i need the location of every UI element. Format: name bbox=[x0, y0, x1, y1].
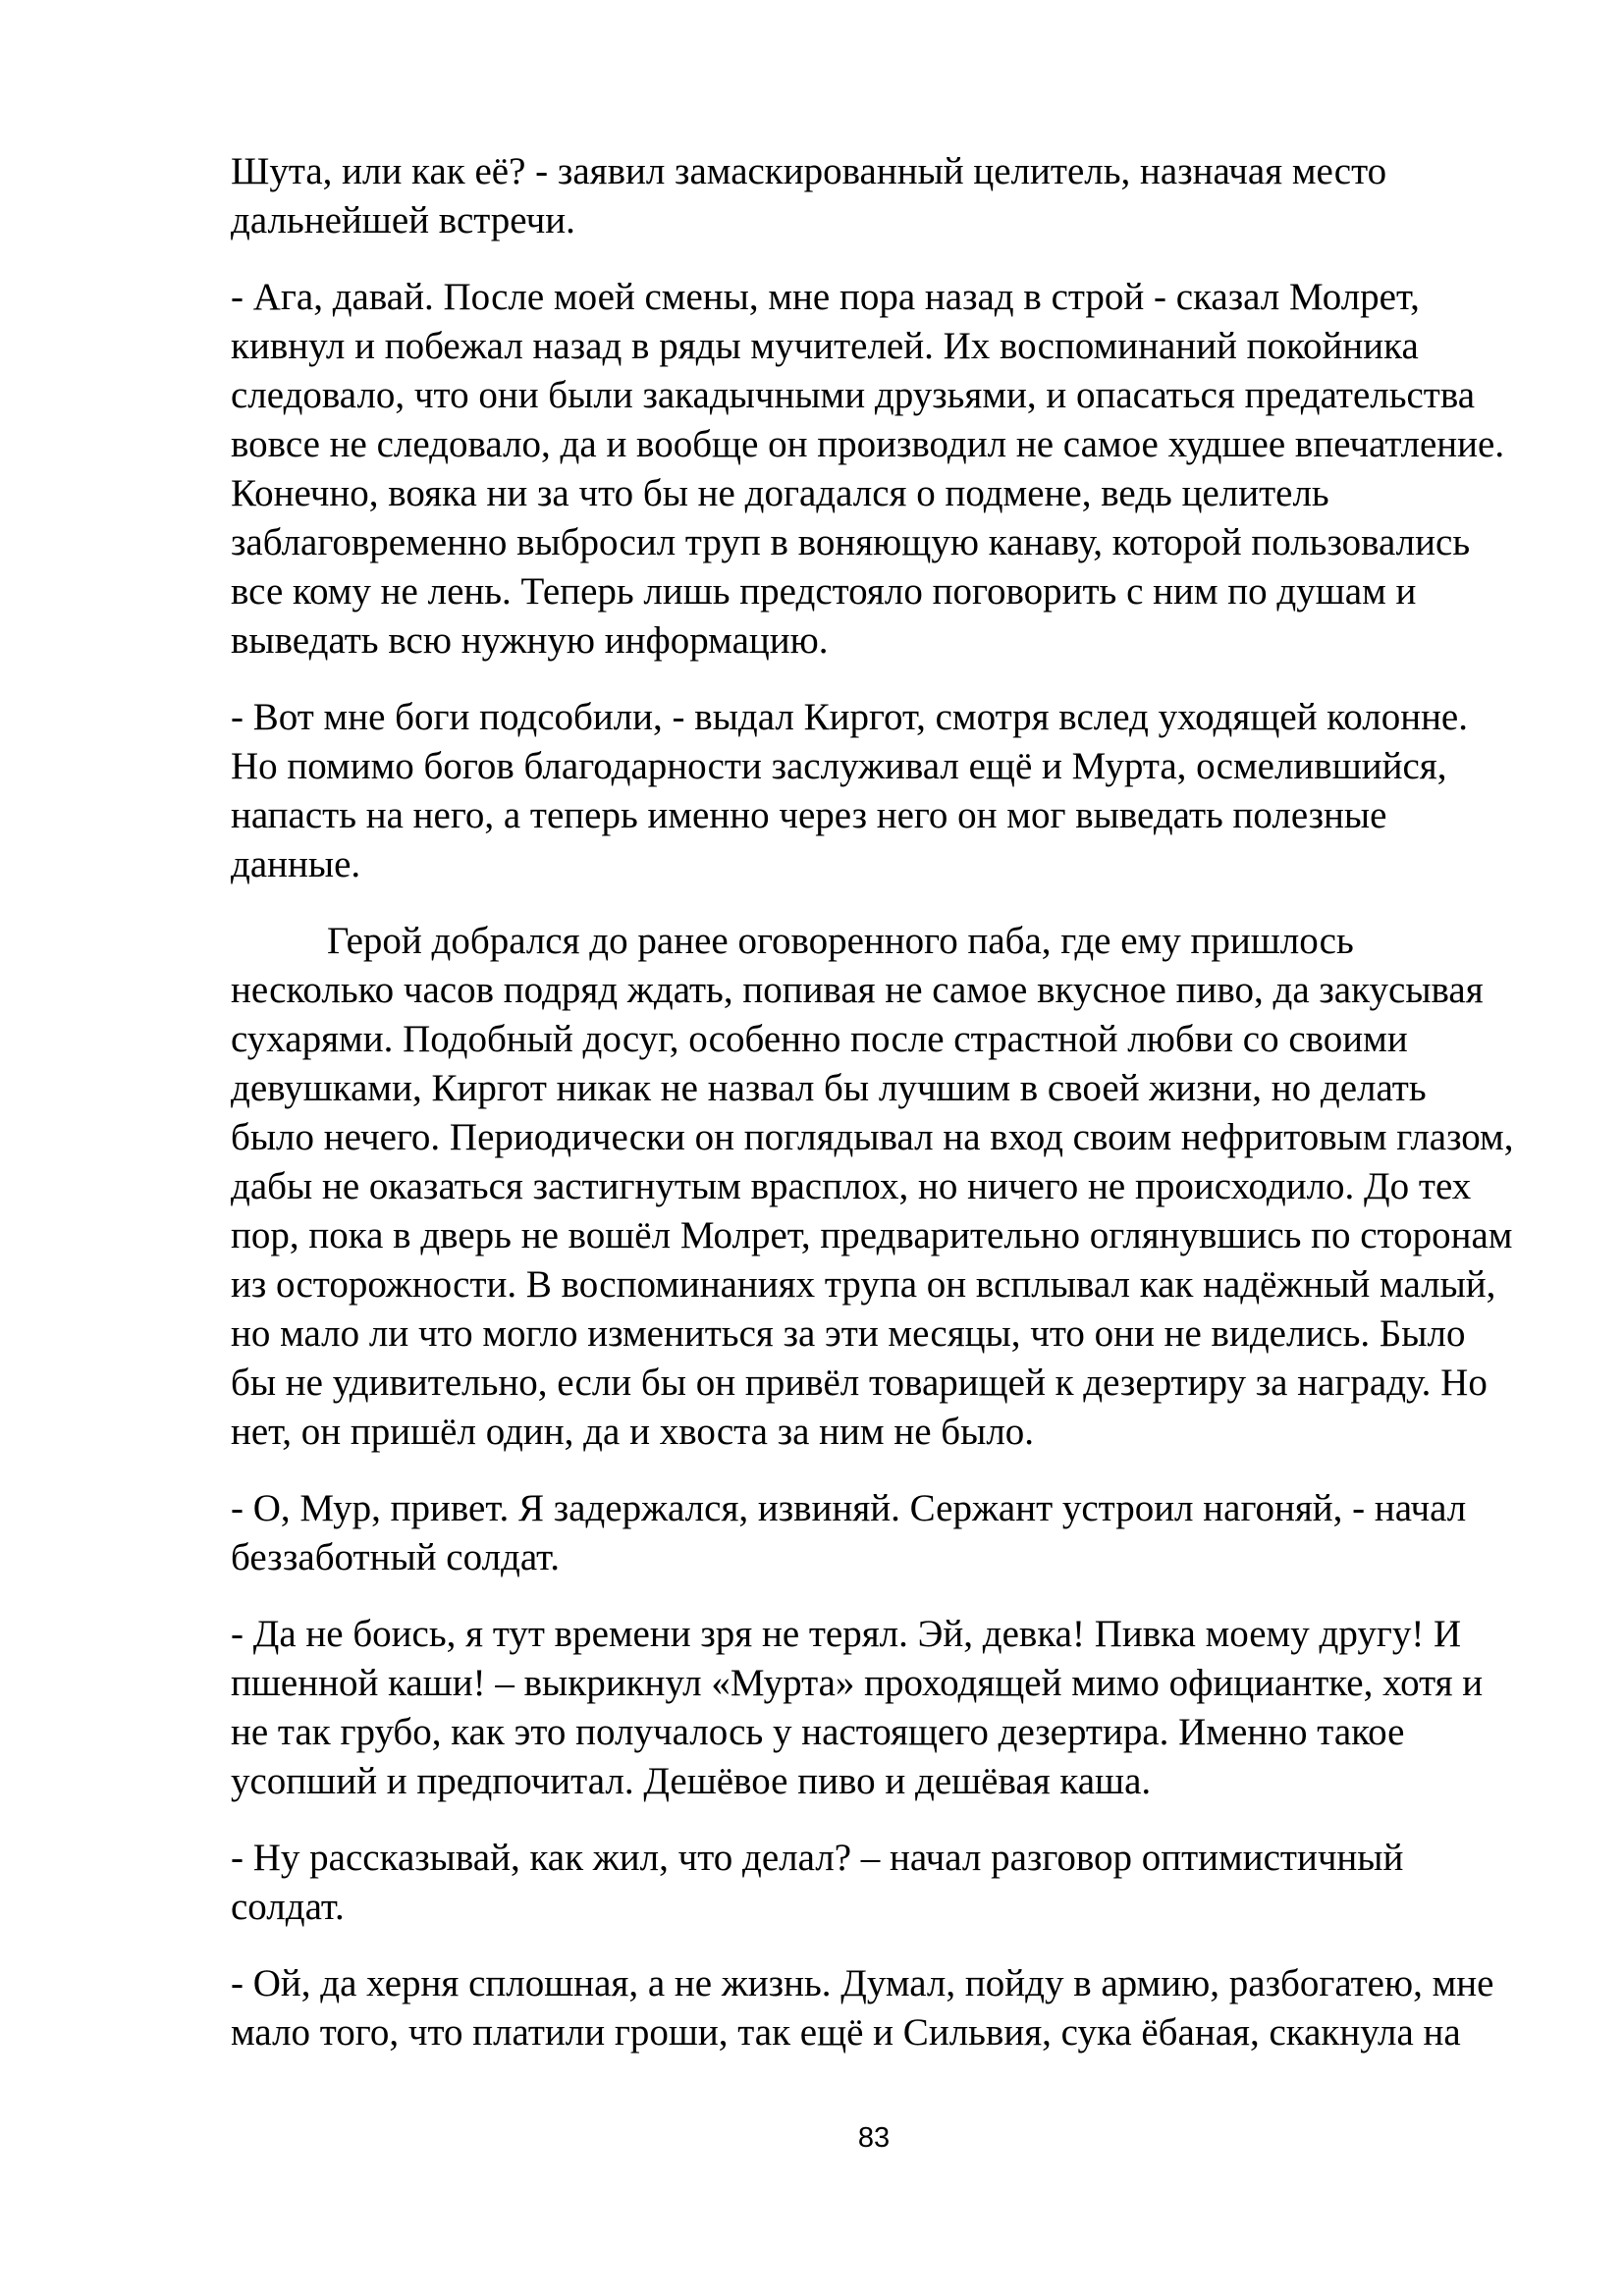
paragraph: Шута, или как её? - заявил замаскированн… bbox=[231, 147, 1517, 245]
paragraph: - Ну рассказывай, как жил, что делал? – … bbox=[231, 1834, 1517, 1932]
paragraph: - Вот мне боги подсобили, - выдал Киргот… bbox=[231, 693, 1517, 889]
document-page: Шута, или как её? - заявил замаскированн… bbox=[0, 0, 1624, 2296]
paragraph: - Да не боись, я тут времени зря не теря… bbox=[231, 1610, 1517, 1806]
paragraph: - О, Мур, привет. Я задержался, извиняй.… bbox=[231, 1484, 1517, 1582]
page-number: 83 bbox=[231, 2120, 1517, 2156]
paragraph: Герой добрался до ранее оговоренного паб… bbox=[231, 917, 1517, 1457]
text-body: Шута, или как её? - заявил замаскированн… bbox=[231, 147, 1517, 2085]
paragraph: - Ага, давай. После моей смены, мне пора… bbox=[231, 273, 1517, 666]
paragraph: - Ой, да херня сплошная, а не жизнь. Дум… bbox=[231, 1959, 1517, 2057]
